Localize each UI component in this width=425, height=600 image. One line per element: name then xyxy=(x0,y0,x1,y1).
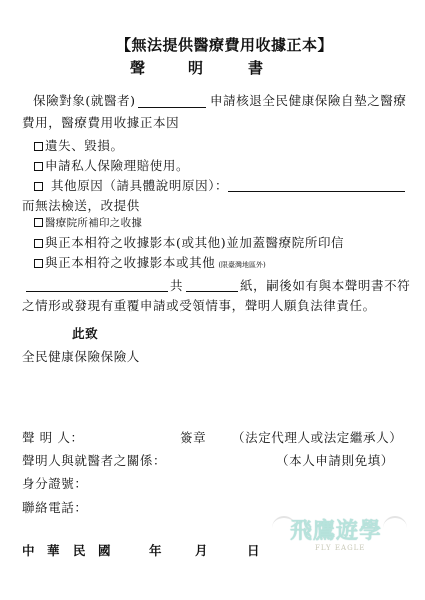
document-title: 【無法提供醫療費用收據正本】 xyxy=(116,38,333,53)
watermark-text: 飛鷹遊學 xyxy=(290,514,382,545)
alternative-copy-other-label: 與正本相符之收據影本或其他 xyxy=(45,255,215,270)
closing-recipient: 全民健康保險保險人 xyxy=(22,351,140,364)
sheet-count-field[interactable] xyxy=(186,291,238,292)
watermark-subtext: FLY EAGLE xyxy=(315,544,365,552)
alternative-stamped-copy-option[interactable]: 與正本相符之收據影本(或其他)並加蓋醫療院所印信 xyxy=(34,237,344,250)
liability-statement: 之情形或發現有重覆申請或受領情事，聲明人願負法律責任。 xyxy=(22,300,376,313)
alternative-reprint-option[interactable]: 醫療院所補印之收據 xyxy=(34,218,142,229)
relation-note: （本人申請則免填） xyxy=(276,455,394,468)
reason-private-insurance-option[interactable]: 申請私人保險理賠使用。 xyxy=(34,160,189,173)
id-number-label: 身分證號： xyxy=(22,478,88,491)
title-char-1: 聲 xyxy=(130,61,145,76)
reason-private-insurance-label: 申請私人保險理賠使用。 xyxy=(45,158,189,173)
title-char-2: 明 xyxy=(188,61,203,76)
alternative-reprint-label: 醫療院所補印之收據 xyxy=(45,217,142,229)
declarant-label: 聲 明 人： xyxy=(22,432,84,445)
alternative-copy-other-option[interactable]: 與正本相符之收據影本或其他(限臺灣地區外) xyxy=(34,257,266,270)
title-char-3: 書 xyxy=(248,61,263,76)
other-reason-field[interactable] xyxy=(228,191,405,192)
alternative-copy-other-note: (限臺灣地區外) xyxy=(218,261,265,269)
right-wing-icon xyxy=(383,516,407,540)
checkbox-icon[interactable] xyxy=(34,142,43,151)
reason-other-option[interactable]: 其他原因（請具體說明原因）： xyxy=(34,180,228,193)
checkbox-icon[interactable] xyxy=(34,218,43,227)
sign-label: 簽章 xyxy=(180,432,206,445)
checkbox-icon[interactable] xyxy=(34,182,43,191)
checkbox-icon[interactable] xyxy=(34,239,43,248)
date-month-label: 月 xyxy=(195,545,208,558)
insured-name-field[interactable] xyxy=(138,107,206,108)
relation-label: 聲明人與就醫者之關係： xyxy=(22,455,166,468)
date-day-label: 日 xyxy=(247,545,260,558)
document-type-field[interactable] xyxy=(26,291,168,292)
count-total-label: 共 xyxy=(170,280,183,293)
date-char-guo: 國 xyxy=(98,545,111,558)
checkbox-icon[interactable] xyxy=(34,162,43,171)
reason-lost-option[interactable]: 遺失、毀損。 xyxy=(34,140,124,153)
insured-label: 保險對象(就醫者) xyxy=(33,95,136,108)
alternative-stamped-copy-label: 與正本相符之收據影本(或其他)並加蓋醫療院所印信 xyxy=(45,235,344,250)
reason-other-label: 其他原因（請具體說明原因）： xyxy=(51,178,228,193)
body-line1-suffix: 申請核退全民健康保險自墊之醫療 xyxy=(210,95,407,108)
reason-lost-label: 遺失、毀損。 xyxy=(45,138,124,153)
count-sheets-text: 紙，嗣後如有與本聲明書不符 xyxy=(240,280,410,293)
phone-label: 聯絡電話： xyxy=(22,502,88,515)
declarant-note: （法定代理人或法定繼承人） xyxy=(232,432,402,445)
body-line2: 費用，醫療費用收據正本因 xyxy=(22,117,179,130)
checkbox-icon[interactable] xyxy=(34,259,43,268)
closing-respectfully: 此致 xyxy=(72,328,98,341)
fly-eagle-watermark: 飛鷹遊學 FLY EAGLE xyxy=(272,512,407,558)
instead-provide-text: 而無法檢送，改提供 xyxy=(22,200,140,213)
date-char-zhong: 中 xyxy=(22,545,35,558)
date-char-min: 民 xyxy=(73,545,86,558)
date-char-hua: 華 xyxy=(47,545,60,558)
date-year-label: 年 xyxy=(149,545,162,558)
